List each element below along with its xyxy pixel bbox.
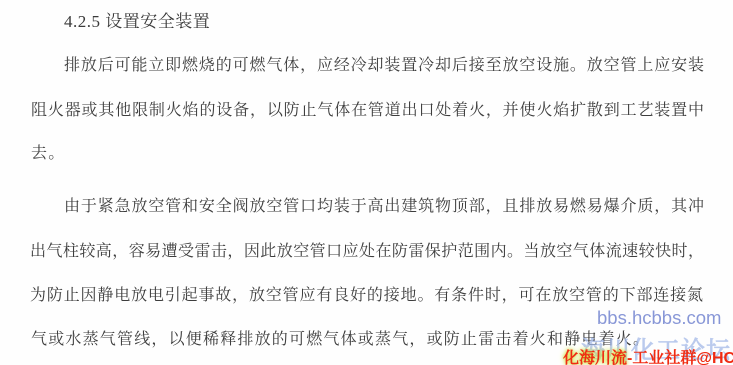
- watermark-community-badge: 化海川流-工业社群@HCBBS: [563, 345, 733, 365]
- watermark-community-prefix: 化海川流: [563, 350, 627, 365]
- section-heading: 4.2.5 设置安全装置: [64, 7, 210, 32]
- paragraph-line: 为防止因静电放电引起事故，放空管应有良好的接地。有条件时，可在放空管的下部连接氮: [30, 285, 703, 306]
- paragraph-line: 排放后可能立即燃烧的可燃气体，应经冷却装置冷却后接至放空设施。放空管上应安装: [64, 55, 704, 76]
- document-page: 4.2.5 设置安全装置 排放后可能立即燃烧的可燃气体，应经冷却装置冷却后接至放…: [0, 0, 733, 365]
- paragraph-line: 去。: [31, 143, 65, 164]
- paragraph-line: 气或水蒸气管线，以便稀释排放的可燃气体或蒸气，或防止雷击着火和静电着火。: [31, 329, 650, 350]
- paragraph-line: 由于紧急放空管和安全阀放空管口均装于高出建筑物顶部，且排放易燃易爆介质，其冲: [64, 196, 704, 217]
- paragraph-line: 阻火器或其他限制火焰的设备，以防止气体在管道出口处着火，并使火焰扩散到工艺装置中: [31, 100, 704, 121]
- paragraph-line: 出气柱较高，容易遭受雷击，因此放空管口应处在防雷保护范围内。当放空气体流速较快时…: [30, 241, 704, 262]
- watermark-site-url: bbs.hcbbs.com: [597, 307, 721, 329]
- watermark-community-suffix: -工业社群@HCBBS: [627, 350, 733, 365]
